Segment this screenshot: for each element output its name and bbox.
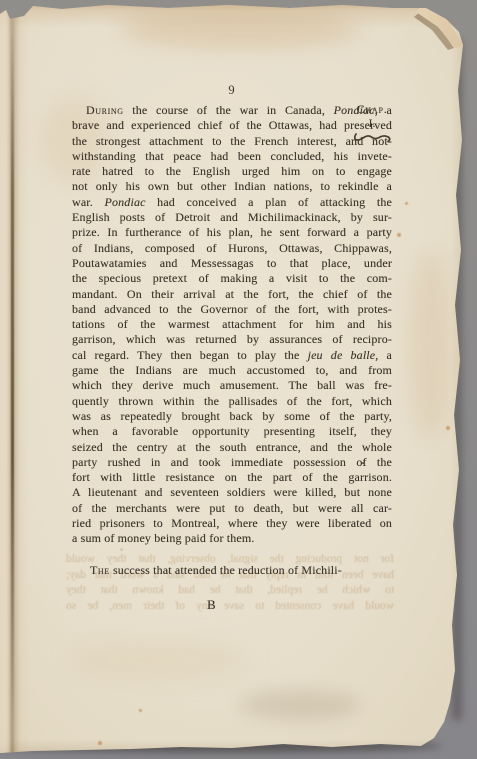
scanned-book-photo: for not producing the signal, observing,…	[0, 0, 477, 759]
text-line: brave and experienced chief of the Ottaw…	[72, 118, 392, 133]
text-line: the strongest attachment to the French i…	[72, 134, 392, 149]
text-line: was as repeatedly brought back by some o…	[72, 409, 392, 424]
chapter-label: Chap.	[350, 102, 394, 117]
italic-text: jeu de balle	[308, 348, 376, 362]
binding-edge	[0, 6, 10, 756]
text-line: band advanced to the Governor of the for…	[72, 302, 392, 317]
paragraph: The success that attended the reduction …	[72, 563, 392, 578]
foxing-spot	[139, 709, 142, 712]
text-line: party rushed in and took immediate posse…	[72, 455, 392, 470]
page-number: 9	[72, 83, 392, 98]
italic-text: Pondiac	[105, 195, 146, 209]
text-line: tations of the warmest attachment for hi…	[72, 317, 392, 332]
age-stain	[408, 250, 453, 440]
text-line: which they derive much amusement. The ba…	[72, 378, 392, 393]
book-page: for not producing the signal, observing,…	[0, 0, 477, 759]
text-line: fort with little resistance on the part …	[72, 470, 392, 485]
text-line: not only his own but other Indian nation…	[72, 179, 392, 194]
text-line: mandant. On their arrival at the fort, t…	[72, 287, 392, 302]
foxing-spot	[405, 202, 408, 205]
text-line: cal regard. They then began to play the …	[72, 348, 392, 363]
small-caps-text: During	[86, 103, 124, 117]
paragraph: During the course of the war in Canada, …	[72, 103, 392, 547]
chapter-numeral: I.	[350, 118, 394, 130]
text-block: During the course of the war in Canada, …	[72, 103, 392, 578]
text-line: of Indians, composed of Hurons, Ottawas,…	[72, 241, 392, 256]
text-line: of the merchants were put to death, but …	[72, 501, 392, 516]
foxing-spot	[446, 426, 450, 430]
text-line: garrison, which was returned by assuranc…	[72, 332, 392, 347]
text-line: Poutawatamies and Messessagas to that pl…	[72, 256, 392, 271]
text-line: The success that attended the reduction …	[72, 563, 392, 578]
text-line: game the Indians are much accustomed to,…	[72, 363, 392, 378]
foxing-spot	[397, 233, 401, 237]
text-line: ried prisoners to Montreal, where they w…	[72, 516, 392, 531]
squiggle-ornament-icon	[352, 131, 392, 143]
text-line: A lieutenant and seventeen soldiers were…	[72, 485, 392, 500]
age-stain	[120, 8, 360, 48]
text-line: prize. In furtherance of his plan, he se…	[72, 225, 392, 240]
signature-mark: B	[207, 597, 216, 613]
text-line: English posts of Detroit and Michilimack…	[72, 210, 392, 225]
text-line: rate hatred to the English urged him on …	[72, 164, 392, 179]
text-line: During the course of the war in Canada, …	[72, 103, 392, 118]
small-caps-text: The	[90, 563, 110, 577]
text-line: quently thrown within the pallisades of …	[72, 394, 392, 409]
text-line: when a favorable opportunity presenting …	[72, 424, 392, 439]
text-line: a sum of money being paid for them.	[72, 531, 392, 546]
foxing-spot	[98, 741, 102, 745]
text-line: war. Pondiac had conceived a plan of att…	[72, 195, 392, 210]
text-line: seized the centry at the south entrance,…	[72, 440, 392, 455]
age-stain	[70, 640, 250, 680]
text-line: the specious pretext of making a visit t…	[72, 271, 392, 286]
ghost-line: to which he replied, that he had known t…	[66, 583, 394, 599]
ghost-line: would have consented to save any of thei…	[66, 599, 394, 615]
gutter-crease	[11, 0, 14, 759]
age-stain	[240, 690, 360, 720]
text-line: withstanding that peace had been conclud…	[72, 149, 392, 164]
marginal-chapter-note: Chap. I.	[350, 102, 394, 147]
